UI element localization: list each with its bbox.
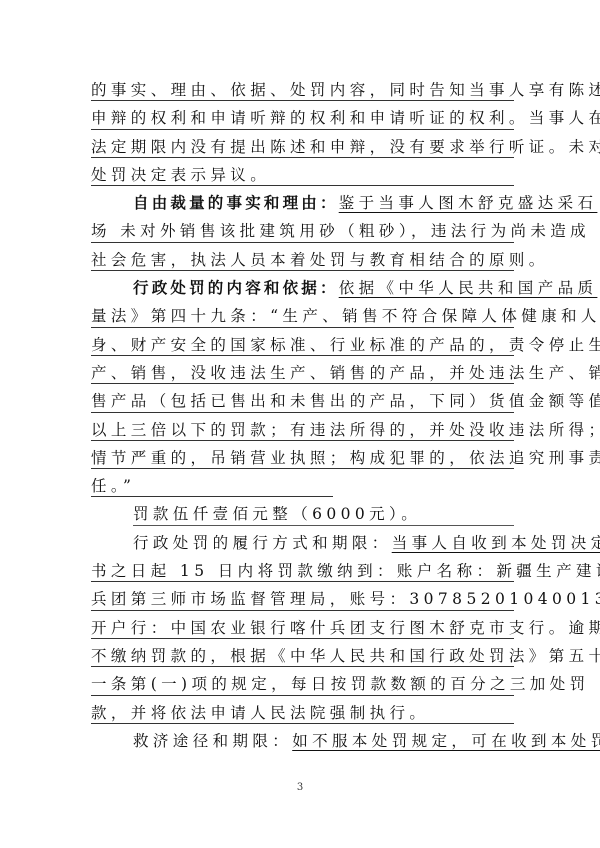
- discretion-heading: 自由裁量的事实和理由：: [133, 193, 339, 212]
- penalty-basis-paragraph-start: 行政处罚的内容和依据：依据《中华人民共和国产品质: [91, 274, 511, 302]
- penalty-basis-heading: 行政处罚的内容和依据：: [133, 278, 339, 297]
- remedy-heading: 救济途径和期限：: [133, 732, 292, 750]
- text-line: 书之日起 15 日内将罚款缴纳到：账户名称：新疆生产建设: [91, 557, 511, 585]
- text-line: 量法》第四十九条：“生产、销售不符合保障人体健康和人: [91, 302, 511, 330]
- text-line: 场 未对外销售该批建筑用砂（粗砂），违法行为尚未造成: [91, 217, 511, 245]
- text-line: 情节严重的，吊销营业执照；构成犯罪的，依法追究刑事责: [91, 444, 511, 472]
- document-body: 的事实、理由、依据、处罚内容，同时告知当事人享有陈述、 申辩的权利和申请听辩的权…: [91, 76, 511, 755]
- text-line: 售产品（包括已售出和未售出的产品，下同）货值金额等值: [91, 387, 511, 415]
- text-line: 的事实、理由、依据、处罚内容，同时告知当事人享有陈述、: [91, 76, 511, 104]
- text-line: 不缴纳罚款的，根据《中华人民共和国行政处罚法》第五十: [91, 642, 511, 670]
- text-line: 以上三倍以下的罚款；有违法所得的，并处没收违法所得；: [91, 416, 511, 444]
- text-line: 产、销售，没收违法生产、销售的产品，并处违法生产、销: [91, 359, 511, 387]
- page-number: 3: [0, 782, 600, 793]
- discretion-paragraph-start: 自由裁量的事实和理由：鉴于当事人图木舒克盛达采石: [91, 189, 511, 217]
- execution-paragraph-start: 行政处罚的履行方式和期限：当事人自收到本处罚决定: [91, 529, 511, 557]
- fine-amount: 罚款伍仟壹佰元整（6000元）。: [91, 500, 511, 528]
- text-line: 处罚决定表示异议。: [91, 161, 511, 189]
- text-line: 款，并将依法申请人民法院强制执行。: [91, 699, 511, 727]
- remedy-paragraph-start: 救济途径和期限：如不服本处罚规定，可在收到本处罚: [91, 727, 511, 755]
- text-line: 申辩的权利和申请听辩的权利和申请听证的权利。当事人在: [91, 104, 511, 132]
- text-line: 法定期限内没有提出陈述和申辩，没有要求举行听证。未对: [91, 133, 511, 161]
- text-line: 开户行：中国农业银行喀什兵团支行图木舒克市支行。逾期: [91, 614, 511, 642]
- document-page: 的事实、理由、依据、处罚内容，同时告知当事人享有陈述、 申辩的权利和申请听辩的权…: [0, 0, 600, 848]
- text-line: 兵团第三师市场监督管理局，账号：30785201040013067，: [91, 585, 511, 613]
- execution-heading: 行政处罚的履行方式和期限：: [133, 534, 392, 552]
- text-line: 一条第(一)项的规定，每日按罚款数额的百分之三加处罚: [91, 670, 511, 698]
- text-line: 社会危害，执法人员本着处罚与教育相结合的原则。: [91, 246, 511, 274]
- text-line: 任。”: [91, 472, 511, 500]
- text-line: 身、财产安全的国家标准、行业标准的产品的，责令停止生: [91, 331, 511, 359]
